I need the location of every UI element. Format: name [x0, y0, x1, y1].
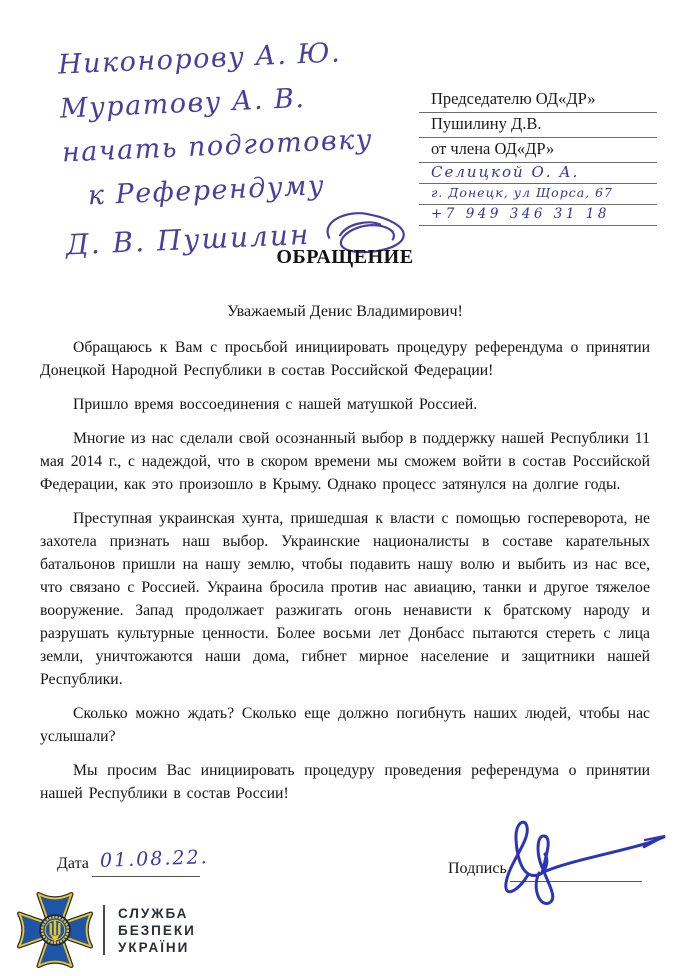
- handwritten-line: к Референдуму: [63, 160, 411, 219]
- recipient-line: Председателю ОД«ДР»: [419, 88, 657, 113]
- date-label: Дата: [57, 855, 89, 873]
- paragraph: Мы просим Вас инициировать процедуру про…: [40, 759, 650, 805]
- date-underline: [92, 876, 200, 877]
- paragraph: Сколько можно ждать? Сколько еще должно …: [40, 702, 650, 748]
- sender-phone-handwritten: +7 949 346 31 18: [419, 205, 657, 226]
- logo-divider: [103, 905, 105, 955]
- paragraph: Многие из нас сделали свой осознанный вы…: [40, 427, 650, 496]
- letter-body: ОБРАЩЕНИЕ Уважаемый Денис Владимирович! …: [40, 246, 650, 816]
- sbu-org-line: УКРАЇНИ: [118, 939, 196, 956]
- sender-name-handwritten: Селицкой О. А.: [419, 163, 657, 184]
- page-title: ОБРАЩЕНИЕ: [40, 246, 650, 269]
- recipient-line: от члена ОД«ДР»: [419, 138, 657, 163]
- salutation: Уважаемый Денис Владимирович!: [40, 303, 650, 321]
- sbu-org-name: СЛУЖБА БЕЗПЕКИ УКРАЇНИ: [118, 905, 196, 956]
- recipient-line: Пушилину Д.В.: [419, 113, 657, 138]
- sbu-org-line: БЕЗПЕКИ: [118, 922, 196, 939]
- handwritten-line: Муратову А. В.: [59, 73, 407, 132]
- paragraph: Обращаюсь к Вам с просьбой инициировать …: [40, 336, 650, 382]
- sbu-org-line: СЛУЖБА: [118, 905, 196, 922]
- sender-address-handwritten: г. Донецк, ул Щорса, 67: [419, 184, 657, 205]
- paragraph: Преступная украинская хунта, пришедшая к…: [40, 507, 650, 691]
- scanned-letter-page: Никонорову А. Ю. Муратову А. В. начать п…: [0, 0, 690, 976]
- handwritten-signature-icon: [492, 815, 688, 907]
- handwritten-resolution-note: Никонорову А. Ю. Муратову А. В. начать п…: [57, 29, 413, 272]
- recipient-address-block: Председателю ОД«ДР» Пушилину Д.В. от чле…: [419, 88, 657, 226]
- paragraph: Пришло время воссоединения с нашей матуш…: [40, 393, 650, 416]
- sbu-emblem-icon: [16, 891, 94, 969]
- date-value-handwritten: 01.08.22.: [100, 846, 209, 872]
- handwritten-line: Никонорову А. Ю.: [57, 29, 405, 88]
- handwritten-line: начать подготовку: [61, 116, 409, 175]
- sbu-watermark: СЛУЖБА БЕЗПЕКИ УКРАЇНИ: [16, 891, 196, 969]
